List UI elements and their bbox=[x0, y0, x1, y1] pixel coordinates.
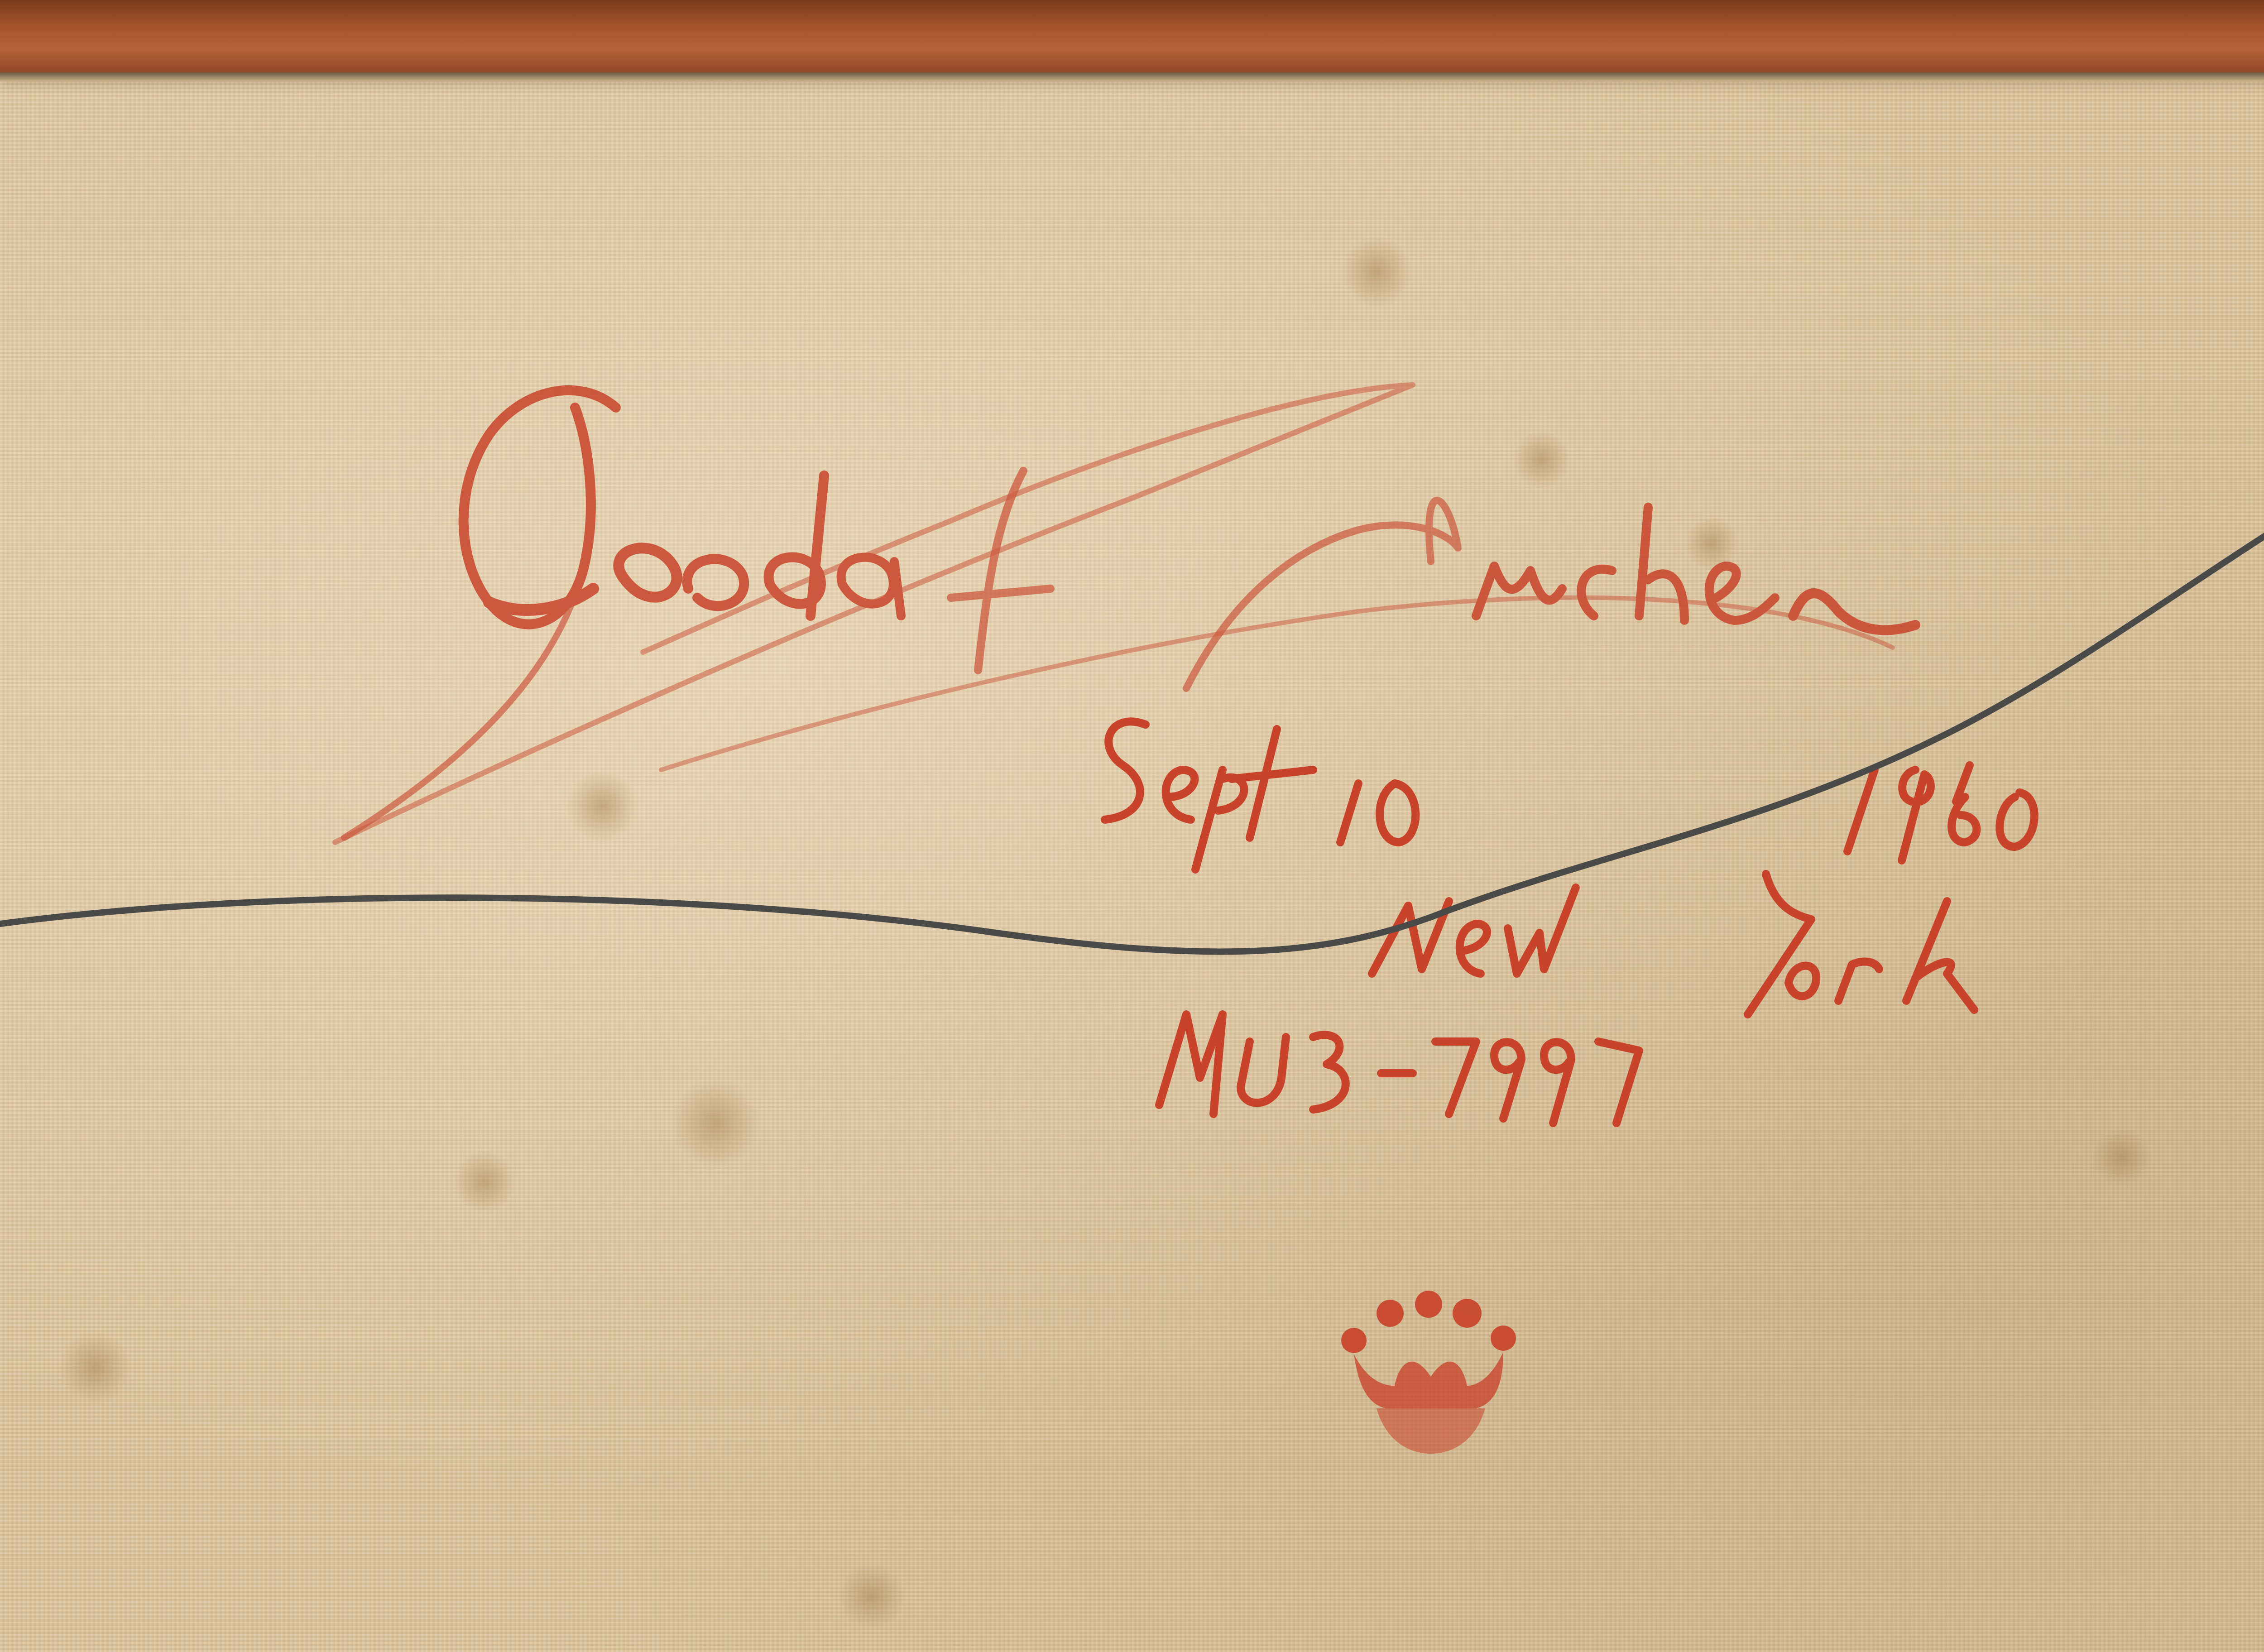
inscription-drawing bbox=[0, 0, 2264, 1652]
crown-stamp-icon bbox=[1341, 1291, 1516, 1454]
phone-inscription bbox=[1159, 1014, 1639, 1123]
date-inscription bbox=[1105, 721, 2034, 869]
signature-flourish bbox=[335, 385, 1915, 842]
place-inscription bbox=[1372, 874, 1974, 1014]
